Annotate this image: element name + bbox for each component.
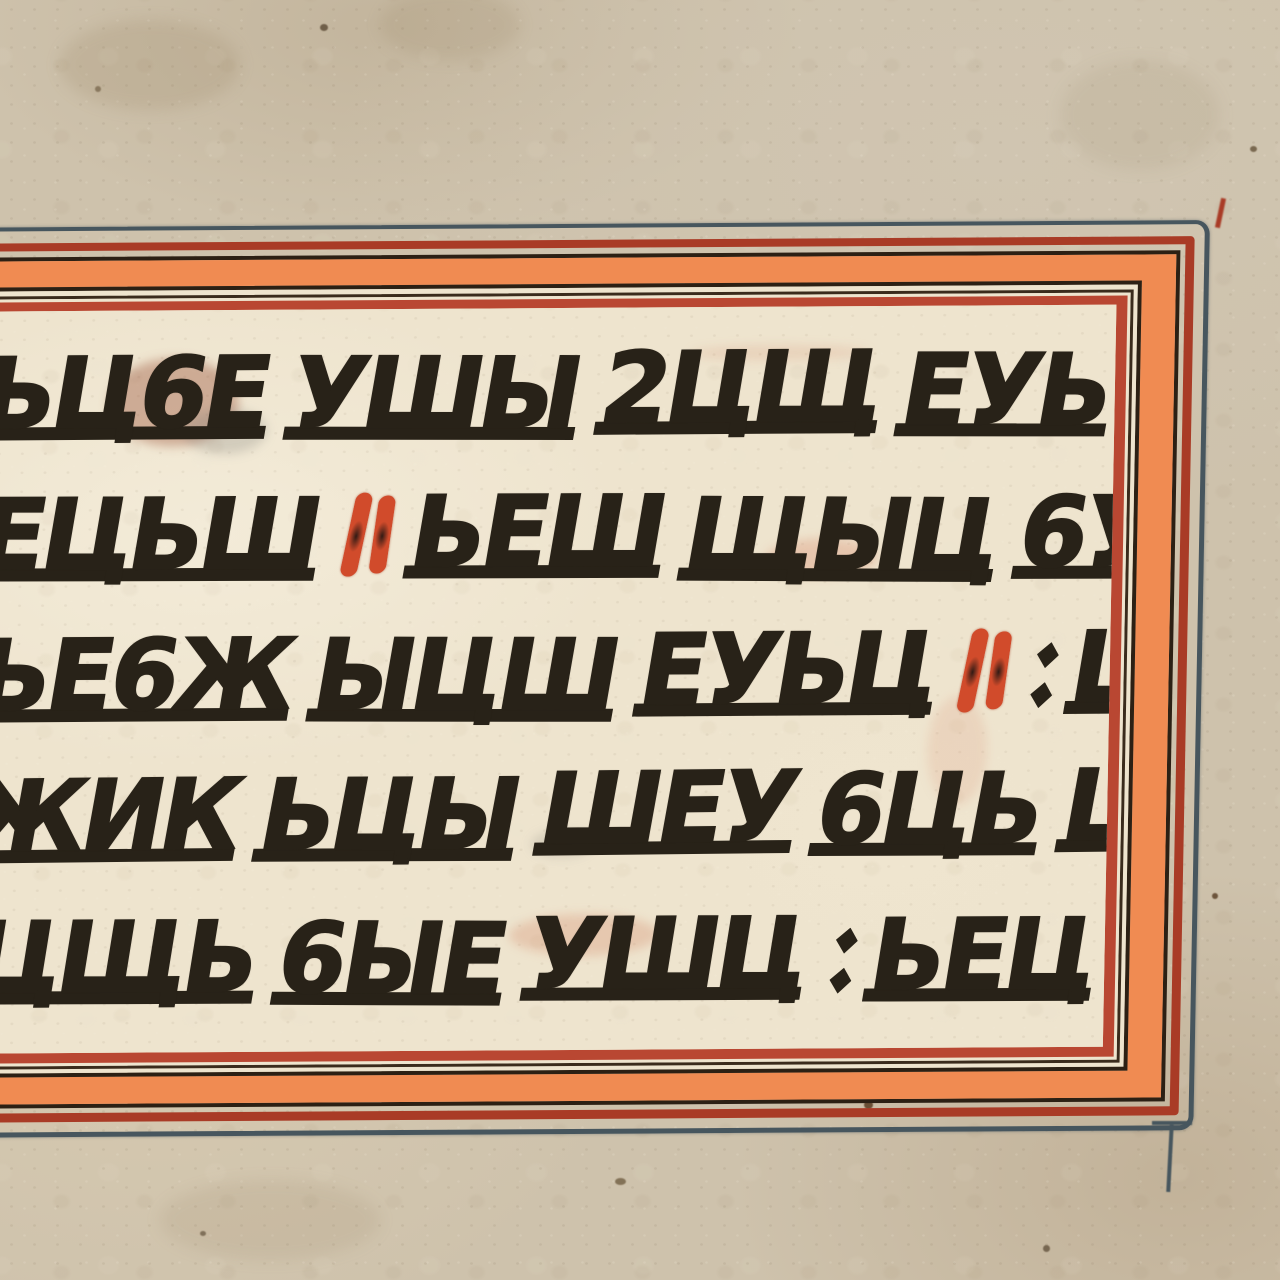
script-word: ЫЦШ (306, 643, 626, 721)
paper-speck (615, 1178, 626, 1185)
visarga-dot (1026, 681, 1055, 709)
script-word: 2ЦЩ (593, 355, 888, 435)
script-word: ЦЬ (1063, 635, 1117, 714)
script-word: ЕУЬ (893, 358, 1116, 436)
paper-blotch (1060, 60, 1220, 170)
frame-inner-red-stripe: ЬЦ6ЕУШЫ2ЦЩЕУЬЦЕЦЬШЬЕШЩЫЦ6УЭЬЕ6ЖЫЦШЕУЬЦЦЬ… (0, 296, 1128, 1064)
visarga-dot (833, 926, 862, 954)
script-word: ШЕУ (532, 775, 803, 856)
paper-speck (320, 24, 328, 31)
script-word: ЕУЬЦ (632, 637, 943, 717)
paper-speck (1043, 1245, 1050, 1252)
paper-blotch (160, 1180, 380, 1260)
script-word: ЬЦ6Е (0, 361, 277, 441)
script-word: ЖИК (0, 783, 247, 864)
manuscript-frame: ЬЦ6ЕУШЫ2ЦЩЕУЬЦЕЦЬШЬЕШЩЫЦ6УЭЬЕ6ЖЫЦШЕУЬЦЦЬ… (0, 220, 1210, 1138)
script-word: ЕЦЬШ (0, 503, 326, 582)
paper-speck (1212, 893, 1218, 899)
frame-orange-band: ЬЦ6ЕУШЫ2ЦЩЕУЬЦЕЦЬШЬЕШЩЫЦ6УЭЬЕ6ЖЫЦШЕУЬЦЦЬ… (0, 254, 1176, 1105)
script-word: ЩЫЦ (676, 503, 1004, 582)
script-word: 6ЦЬ (807, 777, 1049, 856)
manuscript-photo: ЬЦ6ЕУШЫ2ЦЩЕУЬЦЕЦЬШЬЕШЩЫЦ6УЭЬЕ6ЖЫЦШЕУЬЦЦЬ… (0, 0, 1280, 1280)
frame-thin-rule-inner: ЬЦ6ЕУШЫ2ЦЩЕУЬЦЕЦЬШЬЕШЩЫЦ6УЭЬЕ6ЖЫЦШЕУЬЦЦЬ… (0, 280, 1142, 1077)
script-word: 6ЫЕ (269, 927, 512, 1006)
danda-bar (984, 631, 1012, 710)
frame-hairline: ЬЦ6ЕУШЫ2ЦЩЕУЬЦЕЦЬШЬЕШЩЫЦ6УЭЬЕ6ЖЫЦШЕУЬЦЦЬ… (0, 290, 1134, 1070)
visarga-mark (1028, 642, 1061, 708)
script-word: ЩЕ (1054, 772, 1116, 852)
script-line: ЕЦЬШЬЕШЩЫЦ6УЭ (0, 456, 1116, 600)
script-word: ЬЕ6Ж (0, 643, 300, 723)
danda-bar (955, 628, 990, 713)
script-line: ЬЦ6ЕУШЫ2ЦЩЕУЬЦ (0, 310, 1116, 458)
paper-speck (95, 86, 101, 92)
paper-blotch (380, 0, 520, 60)
script-word: Ь (1108, 920, 1117, 998)
script-word: ЬЕЦ (862, 923, 1101, 1002)
text-panel: ЬЦ6ЕУШЫ2ЦЩЕУЬЦЕЦЬШЬЕШЩЫЦ6УЭЬЕ6ЖЫЦШЕУЬЦЦЬ… (0, 305, 1116, 1054)
frame-outer-slate-line: ЬЦ6ЕУШЫ2ЦЩЕУЬЦЕЦЬШЬЕШЩЫЦ6УЭЬЕ6ЖЫЦШЕУЬЦЦЬ… (0, 220, 1210, 1138)
visarga-dot (826, 966, 855, 994)
script-word: ЬЕШ (402, 500, 671, 579)
script-line: ЬЕ6ЖЫЦШЕУЬЦЦЬ (0, 593, 1116, 741)
script-word: УШЫ (282, 362, 586, 440)
script-line: ЖИКЬЦЫШЕУ6ЦЬЩЕ (0, 729, 1116, 882)
script-line: ЦЩЬ6ЫЕУШЦЬЕЦЬ (0, 878, 1116, 1023)
paper-speck (200, 1231, 206, 1236)
frame-brick-stripe: ЬЦ6ЕУШЫ2ЦЩЕУЬЦЕЦЬШЬЕШЩЫЦ6УЭЬЕ6ЖЫЦШЕУЬЦЦЬ… (0, 236, 1195, 1123)
danda-bar (368, 495, 396, 574)
frame-thin-rule: ЬЦ6ЕУШЫ2ЦЩЕУЬЦЕЦЬШЬЕШЩЫЦ6УЭЬЕ6ЖЫЦШЕУЬЦЦЬ… (0, 250, 1180, 1109)
paper-speck (1250, 146, 1257, 152)
double-danda-mark (956, 628, 1023, 716)
visarga-dot (1033, 641, 1062, 669)
frame-overshoot-red-tick (1215, 198, 1226, 228)
double-danda-mark (340, 492, 407, 580)
script-word: УШЦ (519, 922, 812, 1001)
script-word: ЦЩЬ (0, 926, 263, 1005)
script-lines: ЬЦ6ЕУШЫ2ЦЩЕУЬЦЕЦЬШЬЕШЩЫЦ6УЭЬЕ6ЖЫЦШЕУЬЦЦЬ… (0, 305, 1116, 1054)
paper-blotch (60, 20, 240, 110)
visarga-mark (828, 928, 861, 994)
script-line: ЬУЧЕШЫЕЕЬ2Ш6Е (0, 1016, 1116, 1054)
frame-overshoot-slate-vertical (1166, 1124, 1174, 1192)
script-word: 6УЭ (1011, 500, 1117, 579)
script-word: ЬЦЫ (251, 783, 526, 862)
